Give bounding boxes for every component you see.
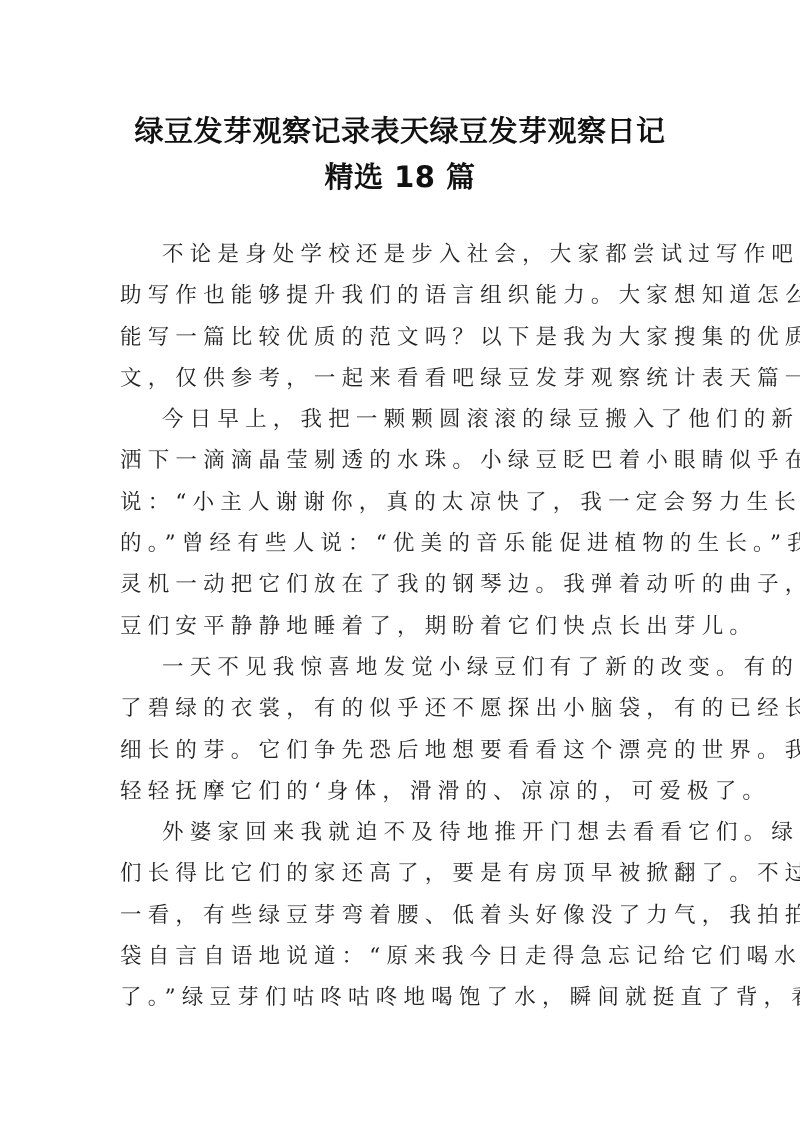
text-line: 细长的芽。它们争先恐后地想要看看这个漂亮的世界。我用手 (120, 730, 682, 771)
text-line: 了。”绿豆芽们咕咚咕咚地喝饱了水，瞬间就挺直了背，看着 (120, 977, 682, 1018)
text-line: 助写作也能够提升我们的语言组织能力。大家想知道怎么样才 (120, 275, 682, 316)
text-line: 的。”曾经有些人说：“优美的音乐能促进植物的生长。”我 (120, 523, 682, 564)
text-line: 袋自言自语地说道：“原来我今日走得急忘记给它们喝水 (120, 936, 682, 977)
text-line: 不论是身处学校还是步入社会，大家都尝试过写作吧，借 (120, 234, 682, 275)
paragraph-morning: 今日早上，我把一颗颗圆滚滚的绿豆搬入了他们的新家， 洒下一滴滴晶莹剔透的水珠。小… (120, 399, 682, 647)
text-line: 一看，有些绿豆芽弯着腰、低着头好像没了力气，我拍拍小脑 (120, 895, 682, 936)
paragraph-next-day: 一天不见我惊喜地发觉小绿豆们有了新的改变。有的脱去 了碧绿的衣裳，有的似乎还不愿… (120, 647, 682, 812)
text-line: 洒下一滴滴晶莹剔透的水珠。小绿豆眨巴着小眼睛似乎在对我 (120, 440, 682, 481)
document-body: 不论是身处学校还是步入社会，大家都尝试过写作吧，借 助写作也能够提升我们的语言组… (120, 234, 682, 1019)
text-line: 一天不见我惊喜地发觉小绿豆们有了新的改变。有的脱去 (120, 647, 682, 688)
text-line: 能写一篇比较优质的范文吗？以下是我为大家搜集的优质范 (120, 317, 682, 358)
text-line: 了碧绿的衣裳，有的似乎还不愿探出小脑袋，有的已经长出了 (120, 688, 682, 729)
text-line: 文，仅供参考，一起来看看吧绿豆发芽观察统计表天篇一 (120, 358, 682, 399)
text-line: 外婆家回来我就迫不及待地推开门想去看看它们。绿豆芽 (120, 812, 682, 853)
paragraph-intro: 不论是身处学校还是步入社会，大家都尝试过写作吧，借 助写作也能够提升我们的语言组… (120, 234, 682, 399)
text-line: 们长得比它们的家还高了，要是有房顶早被掀翻了。不过凑近 (120, 853, 682, 894)
text-line: 今日早上，我把一颗颗圆滚滚的绿豆搬入了他们的新家， (120, 399, 682, 440)
document-page: 绿豆发芽观察记录表天绿豆发芽观察日记 精选 18 篇 不论是身处学校还是步入社会… (0, 0, 800, 1131)
title-line-1: 绿豆发芽观察记录表天绿豆发芽观察日记 (100, 108, 700, 154)
text-line: 轻轻抚摩它们的‘身体，滑滑的、凉凉的，可爱极了。 (120, 771, 682, 812)
text-line: 说：“小主人谢谢你，真的太凉快了，我一定会努力生长 (120, 482, 682, 523)
document-title: 绿豆发芽观察记录表天绿豆发芽观察日记 精选 18 篇 (100, 108, 700, 200)
paragraph-grandma: 外婆家回来我就迫不及待地推开门想去看看它们。绿豆芽 们长得比它们的家还高了，要是… (120, 812, 682, 1018)
title-line-2: 精选 18 篇 (100, 154, 700, 200)
text-line: 豆们安平静静地睡着了，期盼着它们快点长出芽儿。 (120, 606, 682, 647)
text-line: 灵机一动把它们放在了我的钢琴边。我弹着动听的曲子，小绿 (120, 564, 682, 605)
